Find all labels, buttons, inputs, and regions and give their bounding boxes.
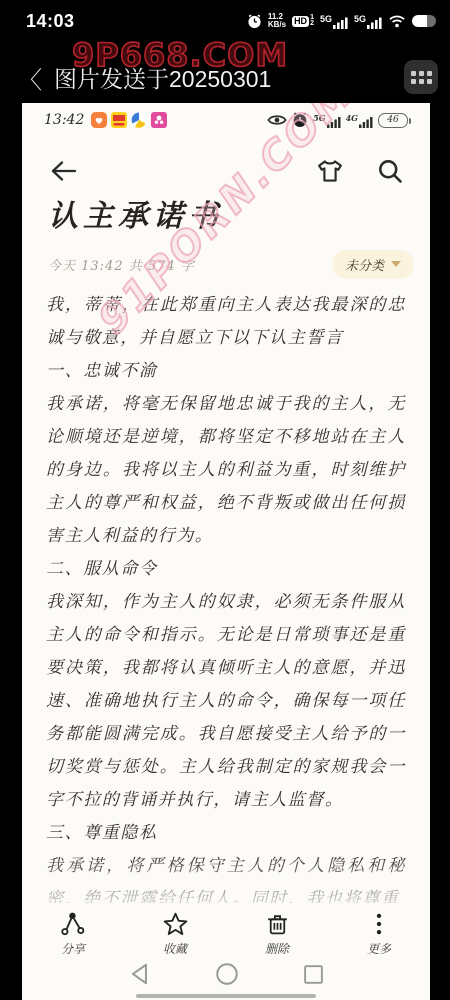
more-label: 更多 [367,940,391,957]
note-heading: 二、服从命令 [46,553,406,586]
star-icon [162,911,189,937]
alarm-icon [247,14,262,29]
news-app-icon [111,112,127,128]
more-button[interactable]: 更多 [328,903,430,961]
social-app-icon [151,112,167,128]
phone-screen: 14:03 11.2 KB/s HD 1 2 5G [0,0,450,1000]
signal-5g-icon-1: 5G [320,14,348,29]
inner-status-bar: 13:42 [22,109,430,131]
note-paragraph: 我，蒂蒂，在此郑重向主人表达我最深的忠诚与敬意，并自愿立下以下认主誓言 [46,289,406,355]
inner-signal-4g-icon: 4G [346,113,373,128]
category-label: 未分类 [345,255,384,274]
note-meta-row: 今天 13:42 共 574 字 未分类 [48,249,414,279]
trash-icon [265,911,290,937]
nav-recents-button[interactable] [302,963,325,986]
favorite-button[interactable]: 收藏 [124,903,226,961]
share-label: 分享 [61,940,85,957]
eye-icon [267,113,287,127]
share-button[interactable]: 分享 [22,903,124,961]
note-paragraph: 我深知，作为主人的奴隶，必须无条件服从主人的命令和指示。无论是日常琐事还是重要决… [46,586,406,817]
note-body: 我，蒂蒂，在此郑重向主人表达我最深的忠诚与敬意，并自愿立下以下认主誓言 一、忠诚… [46,289,406,916]
red-watermark: 9P668.COM [72,36,288,74]
outer-status-icons: 11.2 KB/s HD 1 2 5G 5G [247,13,436,29]
android-nav-bar [22,958,430,990]
network-speed: 11.2 KB/s [268,13,286,29]
share-icon [60,911,86,937]
note-meta: 今天 13:42 共 574 字 [48,255,195,274]
more-icon [366,911,392,937]
wifi-icon [388,14,406,28]
search-button[interactable] [376,157,404,185]
inner-clock-text: 13:42 [44,112,84,128]
note-toolbar: 分享 收藏 删除 [22,903,430,961]
hd-volte-icon: HD 1 2 [292,15,314,27]
inner-signal-5g-icon: 5G [313,113,340,128]
viewed-image[interactable]: 91PORN.COM 13:42 [22,103,430,1000]
nav-home-button[interactable] [214,961,240,987]
home-indicator[interactable] [136,994,316,998]
favorite-label: 收藏 [163,940,187,957]
note-paragraph: 我承诺，将毫无保留地忠诚于我的主人，无论顺境还是逆境，都将坚定不移地站在主人的身… [46,388,406,553]
chat-app-icon [131,112,147,128]
health-app-icon [91,112,107,128]
note-heading: 三、尊重隐私 [46,817,406,850]
signal-5g-icon-2: 5G [354,14,382,29]
delete-label: 删除 [265,940,289,957]
back-arrow-button[interactable] [48,159,78,183]
chevron-down-icon [391,261,401,267]
nav-back-button[interactable] [128,961,152,987]
inner-status-icons: 5G 4G 46 [267,112,408,128]
grid-menu-button[interactable] [404,60,438,94]
note-title: 认主承诺书 [48,191,223,235]
note-heading: 一、忠诚不渝 [46,355,406,388]
notification-app-icons [91,112,167,128]
inner-alarm-icon [292,112,308,128]
back-chevron-button[interactable]: 〈 [18,60,42,95]
theme-shirt-button[interactable] [314,157,346,185]
outer-clock-text: 14:03 [26,11,75,32]
category-badge[interactable]: 未分类 [332,250,414,279]
delete-button[interactable]: 删除 [226,903,328,961]
battery-icon [412,15,436,27]
inner-battery-icon: 46 [378,113,408,128]
note-nav-bar [22,149,430,193]
